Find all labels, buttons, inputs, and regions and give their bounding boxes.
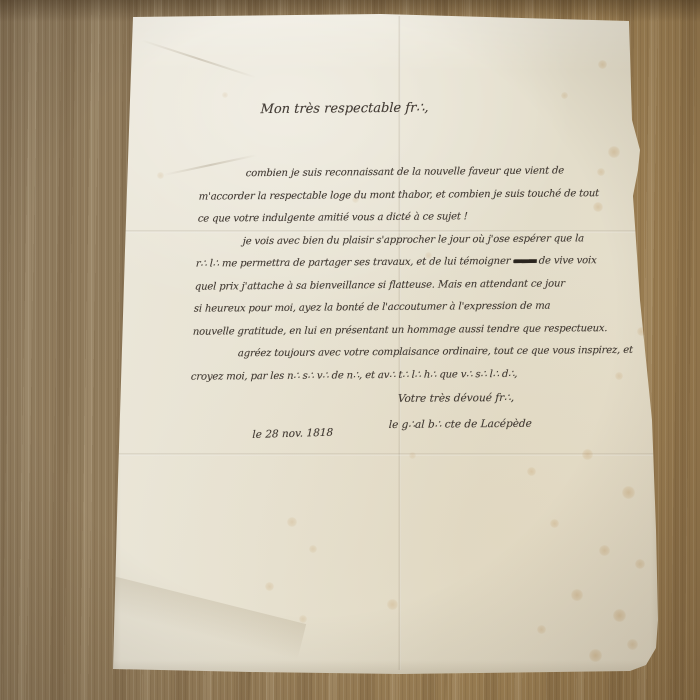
foxing-stain xyxy=(537,625,546,634)
foxing-stain xyxy=(527,467,536,476)
letter-line: si heureux pour moi, ayez la bonté de l'… xyxy=(193,295,576,321)
letter-salutation: Mon très respectable fr∴, xyxy=(260,94,585,123)
foxing-stain xyxy=(157,172,164,179)
letter-line: agréez toujours avec votre complaisance … xyxy=(237,340,574,365)
foxing-stain xyxy=(287,517,297,527)
foxing-stain xyxy=(571,589,583,601)
photo-scene: Mon très respectable fr∴, combien je sui… xyxy=(0,0,700,700)
letter-line: r∴ l∴ me permettra de partager ses trava… xyxy=(195,250,578,276)
foxing-stain xyxy=(635,559,645,569)
foxing-stain xyxy=(550,519,559,528)
foxing-stain xyxy=(589,649,602,662)
foxing-stain xyxy=(265,582,274,591)
letter-line: quel prix j'attache à sa bienveillance s… xyxy=(194,273,577,299)
foxing-stain xyxy=(608,146,620,158)
crossed-out-word: ▬▬▬ xyxy=(513,256,536,267)
foxing-stain xyxy=(597,168,605,176)
letter-line: m'accorder la respectable loge du mont t… xyxy=(198,183,581,209)
letter-line: combien je suis reconnaissant de la nouv… xyxy=(245,160,582,185)
letter-date: le 28 nov. 1818 xyxy=(252,427,333,441)
foxing-stain xyxy=(309,545,317,553)
foxing-stain xyxy=(615,372,623,380)
handwritten-letter-text: Mon très respectable fr∴, combien je sui… xyxy=(187,94,585,468)
corner-fold-crease xyxy=(90,573,306,674)
letter-paper: Mon très respectable fr∴, combien je sui… xyxy=(105,12,665,678)
foxing-stain xyxy=(593,202,603,212)
foxing-stain xyxy=(627,639,638,650)
foxing-stain xyxy=(598,60,607,69)
wrinkle-crease xyxy=(142,40,257,79)
letter-line: nouvelle gratitude, en lui en présentant… xyxy=(192,318,575,344)
foxing-stain xyxy=(613,609,626,622)
letter-closing-block: Votre très dévoué fr∴, le g∴al b∴ cte de… xyxy=(187,385,572,468)
letter-line: je vois avec bien du plaisir s'approcher… xyxy=(242,228,579,253)
foxing-stain xyxy=(622,486,635,499)
foxing-stain xyxy=(299,615,307,623)
letter-valediction: Votre très dévoué fr∴, xyxy=(398,392,515,405)
letter-line-segment: r∴ l∴ me permettra de partager ses trava… xyxy=(196,256,514,270)
foxing-stain xyxy=(582,449,593,460)
letter-line: ce que votre indulgente amitié vous a di… xyxy=(197,205,580,231)
letter-signature: le g∴al b∴ cte de Lacépède xyxy=(388,418,532,431)
letter-line-segment: de vive voix xyxy=(536,255,597,267)
foxing-stain xyxy=(599,545,610,556)
foxing-stain xyxy=(387,599,398,610)
letter-line: croyez moi, par les n∴ s∴ v∴ de n∴, et a… xyxy=(190,363,573,389)
